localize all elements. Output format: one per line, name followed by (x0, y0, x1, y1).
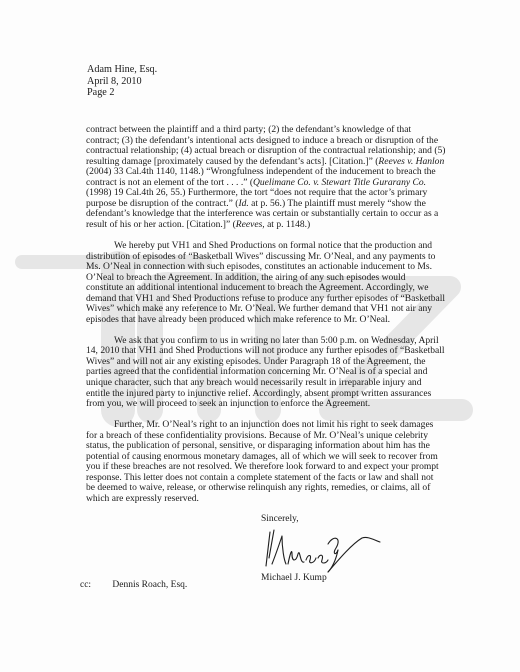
cc-line: cc: Dennis Roach, Esq. (80, 580, 187, 590)
letter-date: April 8, 2010 (87, 76, 157, 88)
signer-name: Michael J. Kump (261, 573, 327, 583)
paragraph-line: contract between the plaintiff and a thi… (86, 125, 438, 136)
paragraph-formal-notice: We hereby put VH1 and Shed Productions o… (86, 241, 438, 325)
paragraph-damages-reservation: Further, Mr. O’Neal’s right to an injunc… (86, 420, 438, 504)
paragraph-confirmation-request: We ask that you confirm to us in writing… (86, 336, 438, 410)
paragraph-line: from you, we will proceed to seek an inj… (86, 399, 438, 410)
paragraph-legal-standard: contract between the plaintiff and a thi… (86, 125, 438, 230)
paragraph-line: We hereby put VH1 and Shed Productions o… (86, 241, 438, 252)
letter-page: Adam Hine, Esq. April 8, 2010 Page 2 con… (0, 0, 520, 672)
paragraph-line: episodes that have already been produced… (86, 315, 438, 326)
paragraph-line: unique character, such that any breach w… (86, 378, 438, 389)
closing-salutation: Sincerely, (261, 514, 299, 524)
paragraph-line: result of his or her action. [Citation.]… (86, 220, 438, 231)
cc-label: cc: (80, 580, 110, 590)
page-number: Page 2 (87, 87, 157, 99)
letter-body: contract between the plaintiff and a thi… (86, 125, 438, 515)
handwritten-signature (262, 524, 382, 574)
paragraph-line: which are expressly reserved. (86, 494, 438, 505)
letter-header: Adam Hine, Esq. April 8, 2010 Page 2 (87, 64, 157, 99)
cc-recipient: Dennis Roach, Esq. (112, 580, 187, 590)
recipient-name: Adam Hine, Esq. (87, 64, 157, 76)
